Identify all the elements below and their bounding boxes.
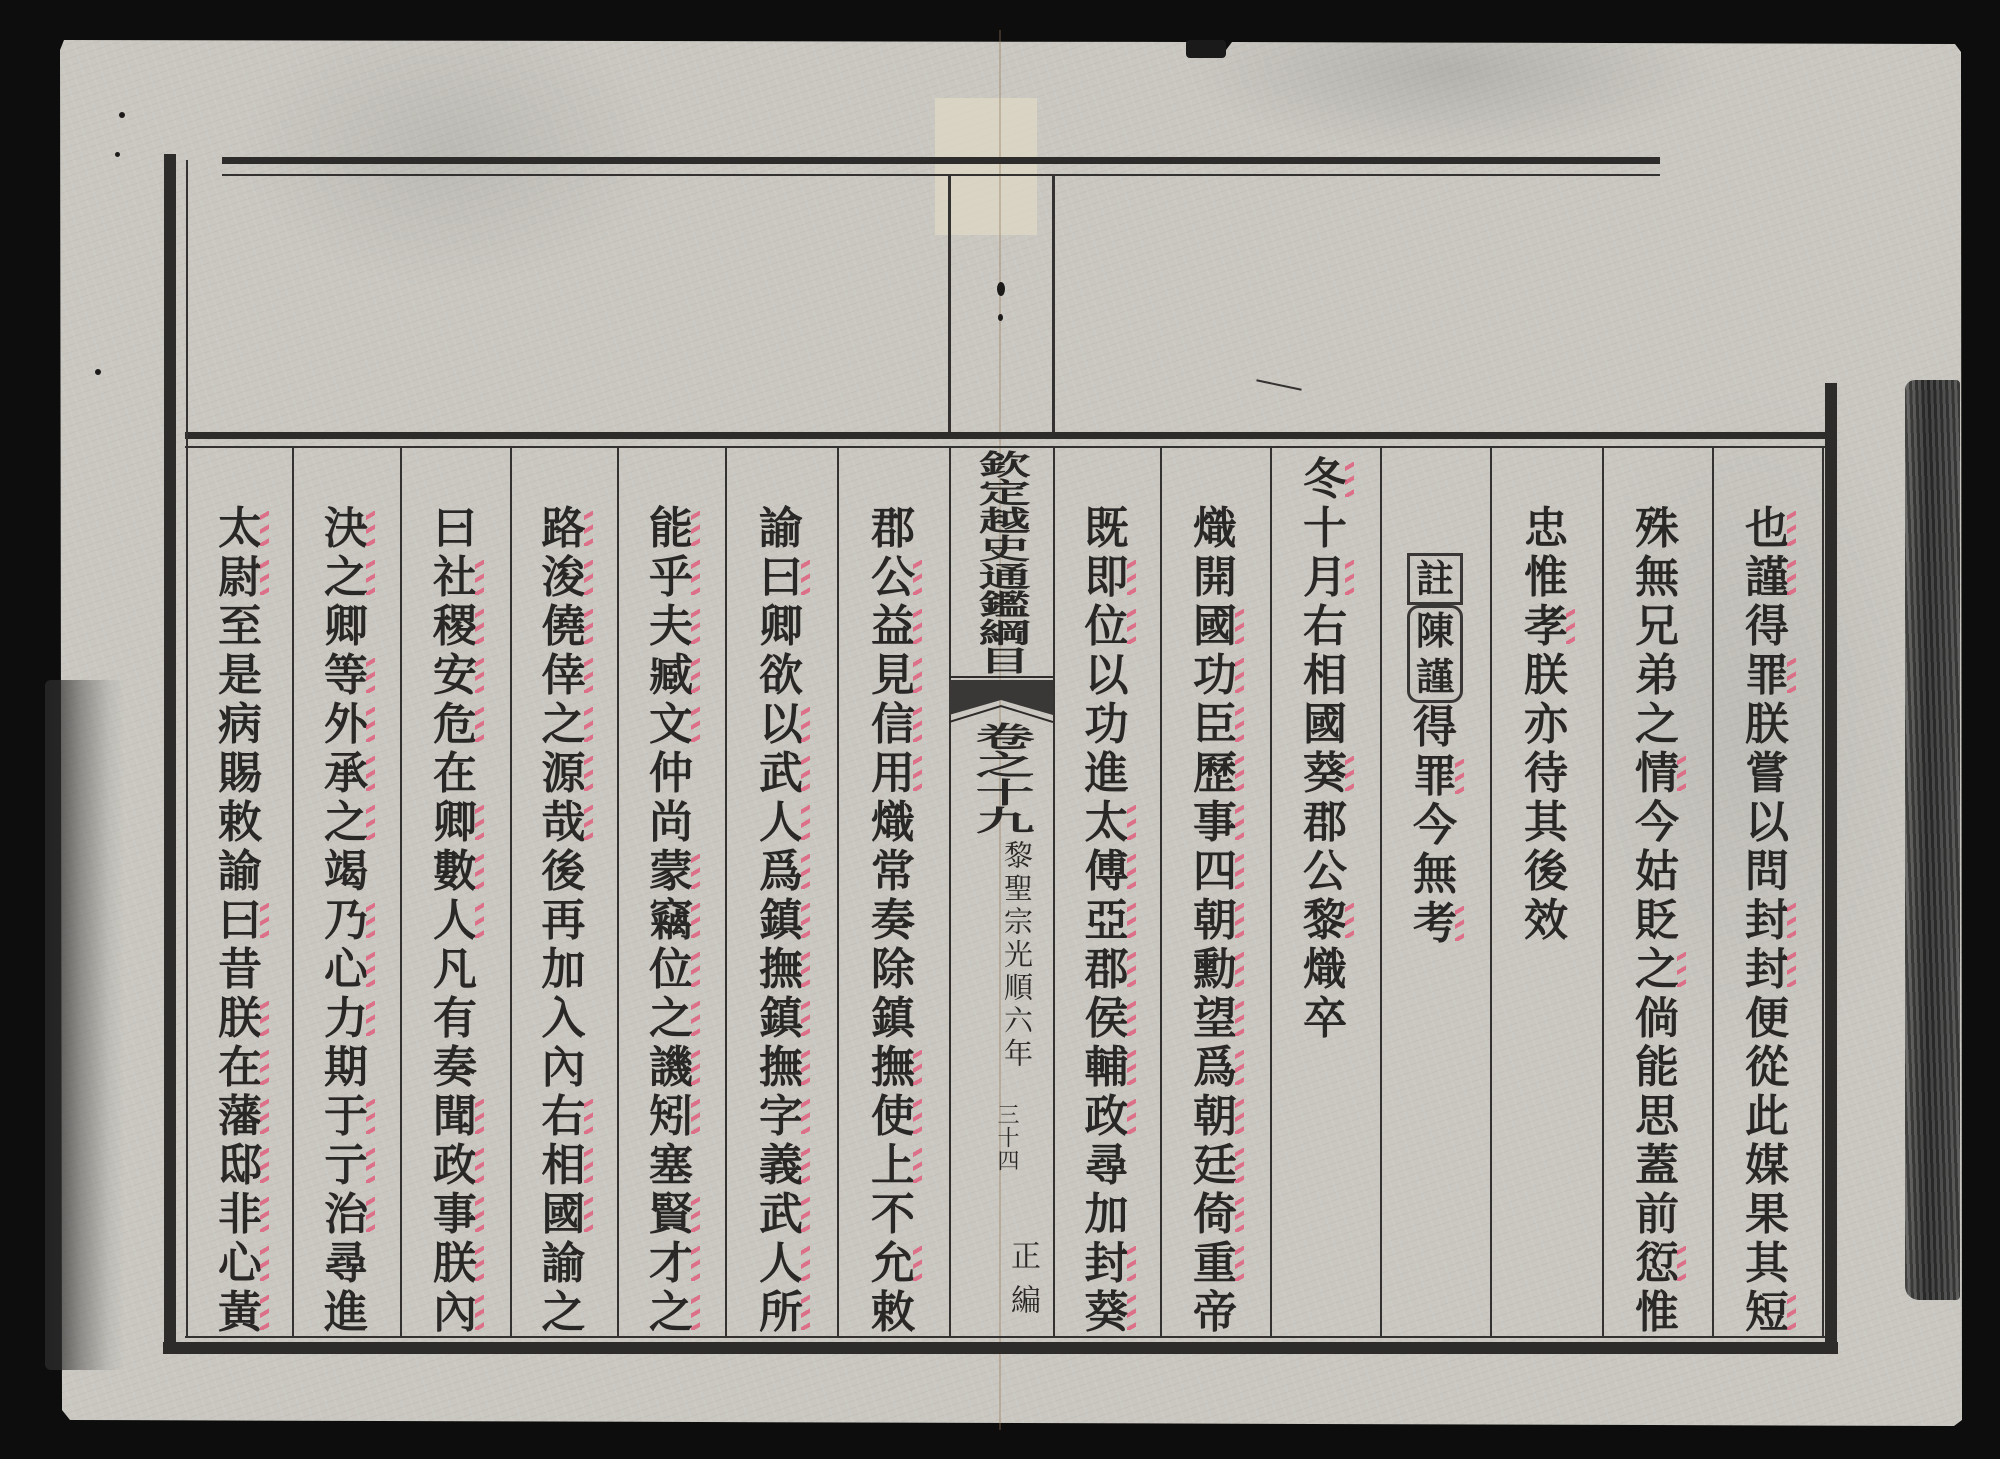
character: 熾 — [1270, 945, 1380, 994]
character: 相 — [510, 1141, 617, 1190]
character: 朕 — [1712, 700, 1822, 749]
character: 事 — [400, 1190, 510, 1239]
character: 至 — [188, 602, 292, 651]
character: 相 — [1270, 651, 1380, 700]
character: 凡 — [400, 945, 510, 994]
right-page-text-column-5: 冬十月右相國葵郡公黎熾卒 — [1270, 455, 1380, 1043]
right-page-text-column-1: 也謹得罪朕嘗以問封封便從此媒果其短 — [1712, 504, 1822, 1337]
character: 問 — [1712, 847, 1822, 896]
character: 僥 — [510, 602, 617, 651]
banxin-upper-left-rule — [948, 176, 951, 434]
ink-speck — [998, 314, 1003, 321]
character: 冬 — [1270, 455, 1380, 504]
character: 聞 — [400, 1092, 510, 1141]
character: 得 — [1380, 703, 1490, 752]
character: 政 — [400, 1141, 510, 1190]
character: 重 — [1160, 1239, 1270, 1288]
column-divider — [1822, 448, 1824, 1336]
character: 之 — [617, 1288, 725, 1337]
character: 賢 — [617, 1190, 725, 1239]
character: 尋 — [292, 1239, 400, 1288]
character: 亦 — [1490, 700, 1602, 749]
character: 朝 — [1160, 896, 1270, 945]
character: 之 — [510, 700, 617, 749]
paper-tear — [1186, 40, 1226, 58]
character: 果 — [1712, 1190, 1822, 1239]
character: 姑 — [1602, 847, 1712, 896]
character: 撫 — [725, 1043, 837, 1092]
character: 進 — [292, 1288, 400, 1337]
character: 之 — [1602, 700, 1712, 749]
character: 撫 — [725, 945, 837, 994]
text-segment: 決之卿等外承之竭乃心力期于亍治尋進 — [292, 504, 400, 1337]
volume-label: 卷之十九 — [892, 722, 1110, 834]
character: 是 — [188, 651, 292, 700]
section-label: 正編 — [1006, 1240, 1038, 1328]
text-segment: 殊無兄弟之情今姑貶之倘能思蓋前愆惟 — [1602, 504, 1712, 1337]
character: 諭 — [188, 847, 292, 896]
top-rule-thin — [222, 174, 1660, 176]
character: 媒 — [1712, 1141, 1822, 1190]
character: 惟 — [1490, 553, 1602, 602]
character: 倘 — [1602, 994, 1712, 1043]
character: 期 — [292, 1043, 400, 1092]
right-page-text-column-2: 殊無兄弟之情今姑貶之倘能思蓋前愆惟 — [1602, 504, 1712, 1337]
character: 葵 — [1270, 749, 1380, 798]
character: 朕 — [1490, 651, 1602, 700]
character: 外 — [292, 700, 400, 749]
character: 事 — [1160, 798, 1270, 847]
character: 卿 — [725, 602, 837, 651]
character: 常 — [837, 847, 949, 896]
character: 治 — [292, 1190, 400, 1239]
text-segment: 曰社稷安危在卿數人凡有奏聞政事朕內 — [400, 504, 510, 1337]
character: 殊 — [1602, 504, 1712, 553]
character: 其 — [1490, 798, 1602, 847]
character: 曰 — [188, 896, 292, 945]
character: 所 — [725, 1288, 837, 1337]
character: 嘗 — [1712, 749, 1822, 798]
character: 侯 — [1053, 994, 1160, 1043]
character: 郡 — [1270, 798, 1380, 847]
character: 蒙 — [617, 847, 725, 896]
text-segment: 諭曰卿欲以武人爲鎮撫鎮撫字義武人所 — [725, 504, 837, 1337]
character: 無 — [1602, 553, 1712, 602]
text-segment: 忠惟孝朕亦待其後效 — [1490, 504, 1602, 945]
character: 內 — [510, 1043, 617, 1092]
text-segment: 路浚僥倖之源哉後再加入內右相國諭之 — [510, 504, 617, 1337]
character: 文 — [617, 700, 725, 749]
character: 浚 — [510, 553, 617, 602]
character: 數 — [400, 847, 510, 896]
character: 今 — [1380, 801, 1490, 850]
frame-top-rule-thick — [185, 432, 1827, 439]
character: 承 — [292, 749, 400, 798]
character: 位 — [617, 945, 725, 994]
character: 諭 — [725, 504, 837, 553]
character: 其 — [1712, 1239, 1822, 1288]
character: 源 — [510, 749, 617, 798]
character: 勳 — [1160, 945, 1270, 994]
character: 封 — [1053, 1239, 1160, 1288]
right-page-text-column-4: 註陳謹得罪今無考 — [1380, 553, 1490, 948]
character: 臧 — [617, 651, 725, 700]
character: 奏 — [400, 1043, 510, 1092]
character: 郡 — [1053, 945, 1160, 994]
character: 安 — [400, 651, 510, 700]
character: 之 — [292, 553, 400, 602]
character: 臣 — [1160, 700, 1270, 749]
character: 以 — [1712, 798, 1822, 847]
character: 非 — [188, 1190, 292, 1239]
character: 此 — [1712, 1092, 1822, 1141]
character: 陳 — [1410, 608, 1460, 654]
character: 鎮 — [725, 994, 837, 1043]
character: 太 — [188, 504, 292, 553]
character: 今 — [1602, 798, 1712, 847]
character: 朝 — [1160, 1092, 1270, 1141]
character: 于 — [292, 1092, 400, 1141]
character: 謹 — [1410, 654, 1460, 700]
character: 情 — [1602, 749, 1712, 798]
character: 竊 — [617, 896, 725, 945]
scan-canvas: 也謹得罪朕嘗以問封封便從此媒果其短殊無兄弟之情今姑貶之倘能思蓋前愆惟忠惟孝朕亦待… — [0, 0, 2000, 1459]
character: 愆 — [1602, 1239, 1712, 1288]
character: 黎 — [1270, 896, 1380, 945]
character: 鎮 — [725, 896, 837, 945]
character: 罪 — [1380, 752, 1490, 801]
character: 武 — [725, 749, 837, 798]
left-page-text-column-3: 能乎夫臧文仲尚蒙竊位之譏矧塞賢才之 — [617, 504, 725, 1337]
character: 望 — [1160, 994, 1270, 1043]
character: 封 — [1712, 896, 1822, 945]
character: 思 — [1602, 1092, 1712, 1141]
character: 國 — [1270, 700, 1380, 749]
left-page-text-column-6: 決之卿等外承之竭乃心力期于亍治尋進 — [292, 504, 400, 1337]
character: 忠 — [1490, 504, 1602, 553]
character: 社 — [400, 553, 510, 602]
character: 等 — [292, 651, 400, 700]
frame-top-rule-thin — [185, 446, 1827, 448]
frame-left-border-thick — [164, 154, 176, 1354]
character: 右 — [510, 1092, 617, 1141]
character: 在 — [400, 749, 510, 798]
character: 路 — [510, 504, 617, 553]
character: 孝 — [1490, 602, 1602, 651]
text-segment: 得罪今無考 — [1380, 703, 1490, 948]
character: 開 — [1160, 553, 1270, 602]
text-segment: 能乎夫臧文仲尚蒙竊位之譏矧塞賢才之 — [617, 504, 725, 1337]
character: 十 — [1270, 504, 1380, 553]
character: 使 — [837, 1092, 949, 1141]
character: 不 — [837, 1190, 949, 1239]
character: 之 — [617, 994, 725, 1043]
character: 待 — [1490, 749, 1602, 798]
character: 月 — [1270, 553, 1380, 602]
character: 廷 — [1160, 1141, 1270, 1190]
character: 傅 — [1053, 847, 1160, 896]
reign-year-label: 黎聖宗光順六年 — [1000, 840, 1034, 1071]
character: 上 — [837, 1141, 949, 1190]
character: 力 — [292, 994, 400, 1043]
character: 朕 — [400, 1239, 510, 1288]
text-segment: 熾開國功臣歷事四朝勳望爲朝廷倚重帝 — [1160, 504, 1270, 1337]
character: 決 — [292, 504, 400, 553]
character: 再 — [510, 896, 617, 945]
character: 之 — [292, 798, 400, 847]
character: 乃 — [292, 896, 400, 945]
character: 義 — [725, 1141, 837, 1190]
character: 倖 — [510, 651, 617, 700]
fish-tail-ornament-icon — [949, 675, 1053, 725]
character: 允 — [837, 1239, 949, 1288]
frame-right-border-thick — [1825, 383, 1837, 1354]
character: 人 — [725, 1239, 837, 1288]
character: 能 — [1602, 1043, 1712, 1092]
character: 黃 — [188, 1288, 292, 1337]
character: 諭 — [510, 1239, 617, 1288]
character: 危 — [400, 700, 510, 749]
ink-speck — [997, 282, 1005, 296]
character: 撫 — [837, 1043, 949, 1092]
character: 曰 — [400, 504, 510, 553]
character: 尋 — [1053, 1141, 1160, 1190]
character: 右 — [1270, 602, 1380, 651]
character: 之 — [510, 1288, 617, 1337]
character: 欲 — [725, 651, 837, 700]
character: 得 — [1712, 602, 1822, 651]
text-segment: 冬十月右相國葵郡公黎熾卒 — [1270, 455, 1380, 1043]
character: 倚 — [1160, 1190, 1270, 1239]
boxed-annotation-label: 陳謹 — [1407, 605, 1463, 703]
left-page-text-column-2: 諭曰卿欲以武人爲鎮撫鎮撫字義武人所 — [725, 504, 837, 1337]
character: 心 — [188, 1239, 292, 1288]
ink-speck — [115, 152, 120, 157]
character: 以 — [725, 700, 837, 749]
leaf-number: 三十四 — [994, 1103, 1018, 1172]
character: 朕 — [188, 994, 292, 1043]
character: 蓋 — [1602, 1141, 1712, 1190]
character: 奏 — [837, 896, 949, 945]
character: 加 — [1053, 1190, 1160, 1239]
text-segment: 也謹得罪朕嘗以問封封便從此媒果其短 — [1712, 504, 1822, 1337]
character: 後 — [1490, 847, 1602, 896]
character: 譏 — [617, 1043, 725, 1092]
character: 前 — [1602, 1190, 1712, 1239]
character: 昔 — [188, 945, 292, 994]
character: 稷 — [400, 602, 510, 651]
character: 曰 — [725, 553, 837, 602]
character: 心 — [292, 945, 400, 994]
character: 歷 — [1160, 749, 1270, 798]
character: 乎 — [617, 553, 725, 602]
character: 武 — [725, 1190, 837, 1239]
character: 效 — [1490, 896, 1602, 945]
character: 謹 — [1712, 553, 1822, 602]
boxed-annotation-label: 註 — [1407, 553, 1463, 605]
character: 公 — [1270, 847, 1380, 896]
character: 卿 — [292, 602, 400, 651]
character: 人 — [400, 896, 510, 945]
character: 夫 — [617, 602, 725, 651]
character: 也 — [1712, 504, 1822, 553]
frame-bottom-rule-thick — [163, 1342, 1838, 1354]
character: 從 — [1712, 1043, 1822, 1092]
character: 才 — [617, 1239, 725, 1288]
character: 內 — [400, 1288, 510, 1337]
character: 仲 — [617, 749, 725, 798]
character: 惟 — [1602, 1288, 1712, 1337]
character: 藩 — [188, 1092, 292, 1141]
character: 政 — [1053, 1092, 1160, 1141]
character: 熾 — [1160, 504, 1270, 553]
character: 功 — [1160, 651, 1270, 700]
character: 鎮 — [837, 994, 949, 1043]
character: 亞 — [1053, 896, 1160, 945]
character: 四 — [1160, 847, 1270, 896]
character: 加 — [510, 945, 617, 994]
character: 爲 — [1160, 1043, 1270, 1092]
character: 註 — [1410, 556, 1460, 602]
left-page-text-column-5: 曰社稷安危在卿數人凡有奏聞政事朕內 — [400, 504, 510, 1337]
character: 封 — [1712, 945, 1822, 994]
right-page-text-column-6: 熾開國功臣歷事四朝勳望爲朝廷倚重帝 — [1160, 504, 1270, 1337]
left-page-text-column-7: 太尉至是病賜敕諭曰昔朕在藩邸非心黃 — [188, 504, 292, 1337]
character: 字 — [725, 1092, 837, 1141]
text-segment: 太尉至是病賜敕諭曰昔朕在藩邸非心黃 — [188, 504, 292, 1337]
character: 葵 — [1053, 1288, 1160, 1337]
character: 在 — [188, 1043, 292, 1092]
character: 兄 — [1602, 602, 1712, 651]
character: 輔 — [1053, 1043, 1160, 1092]
character: 卿 — [400, 798, 510, 847]
book-title: 欽定越史通鑑綱目 — [905, 450, 1097, 674]
character: 之 — [1602, 945, 1712, 994]
character: 塞 — [617, 1141, 725, 1190]
character: 後 — [510, 847, 617, 896]
character: 貶 — [1602, 896, 1712, 945]
character: 除 — [837, 945, 949, 994]
character: 亍 — [292, 1141, 400, 1190]
character: 有 — [400, 994, 510, 1043]
ink-speck — [95, 369, 101, 375]
character: 考 — [1380, 899, 1490, 948]
character: 國 — [510, 1190, 617, 1239]
right-page-text-column-3: 忠惟孝朕亦待其後效 — [1490, 504, 1602, 945]
character: 短 — [1712, 1288, 1822, 1337]
ink-smudge-right-edge — [1905, 380, 1960, 1300]
character: 入 — [510, 994, 617, 1043]
ink-speck — [119, 112, 125, 118]
character: 無 — [1380, 850, 1490, 899]
character: 邸 — [188, 1141, 292, 1190]
character: 國 — [1160, 602, 1270, 651]
character: 竭 — [292, 847, 400, 896]
character: 哉 — [510, 798, 617, 847]
character: 人 — [725, 798, 837, 847]
character: 敕 — [837, 1288, 949, 1337]
character: 矧 — [617, 1092, 725, 1141]
top-rule-thick — [222, 157, 1660, 164]
character: 敕 — [188, 798, 292, 847]
character: 便 — [1712, 994, 1822, 1043]
character: 弟 — [1602, 651, 1712, 700]
banxin-upper-right-rule — [1052, 176, 1055, 434]
character: 卒 — [1270, 994, 1380, 1043]
character: 尚 — [617, 798, 725, 847]
left-page-text-column-4: 路浚僥倖之源哉後再加入內右相國諭之 — [510, 504, 617, 1337]
character: 尉 — [188, 553, 292, 602]
character: 帝 — [1160, 1288, 1270, 1337]
character: 罪 — [1712, 651, 1822, 700]
character: 能 — [617, 504, 725, 553]
character: 爲 — [725, 847, 837, 896]
character: 賜 — [188, 749, 292, 798]
ink-smudge-left-edge — [45, 680, 125, 1370]
character: 病 — [188, 700, 292, 749]
